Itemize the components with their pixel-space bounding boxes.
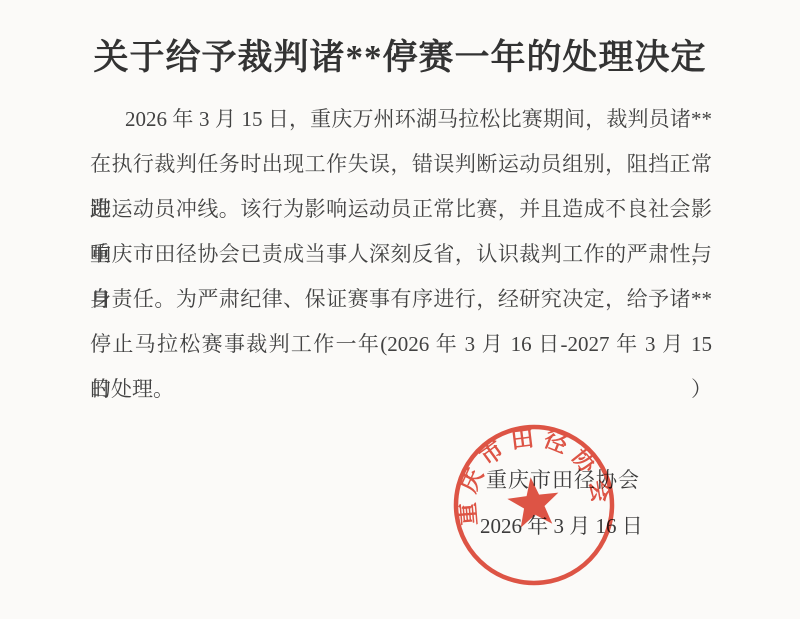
body-line: 重庆市田径协会已责成当事人深刻反省，认识裁判工作的严肃性与自 (90, 232, 712, 277)
official-seal-stamp: 重庆市田径协会 (434, 405, 635, 606)
document-body: 2026 年 3 月 15 日，重庆万州环湖马拉松比赛期间，裁判员诸** 在执行… (90, 97, 712, 412)
document-title: 关于给予裁判诸**停赛一年的处理决定 (0, 30, 800, 80)
scanned-document-page: 关于给予裁判诸**停赛一年的处理决定 2026 年 3 月 15 日，重庆万州环… (0, 0, 800, 619)
body-line: 停止马拉松赛事裁判工作一年(2026 年 3 月 16 日-2027 年 3 月… (90, 322, 712, 367)
body-line: 在执行裁判任务时出现工作失误，错误判断运动员组别，阻挡正常跑 (90, 142, 712, 187)
body-line: 进运动员冲线。该行为影响运动员正常比赛，并且造成不良社会影响， (90, 187, 712, 232)
seal-star-icon (505, 474, 562, 529)
body-line: 身责任。为严肃纪律、保证赛事有序进行，经研究决定，给予诸** (90, 277, 712, 322)
body-line: 2026 年 3 月 15 日，重庆万州环湖马拉松比赛期间，裁判员诸** (90, 97, 712, 142)
